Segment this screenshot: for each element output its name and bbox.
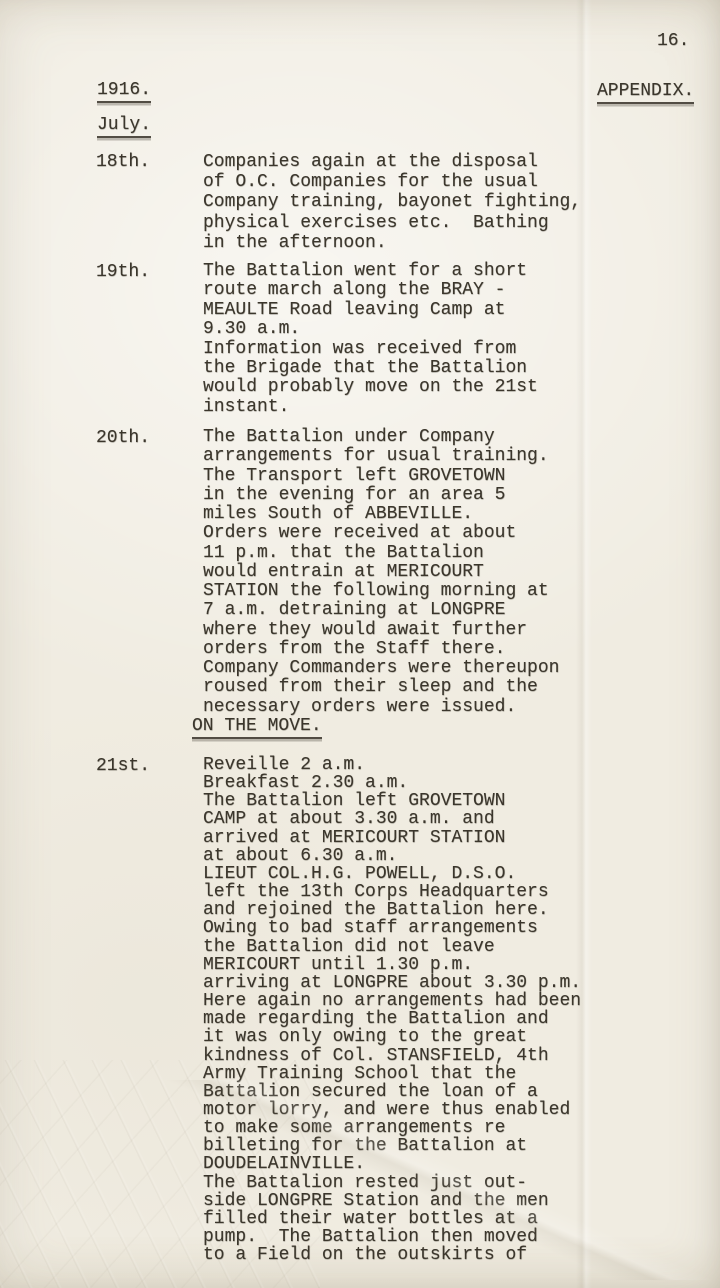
text-line: 11 p.m. that the Battalion — [203, 544, 559, 563]
entry-date: 21st. — [96, 756, 150, 776]
text-line: Company Commanders were thereupon — [203, 659, 559, 678]
text-line: it was only owing to the great — [203, 1028, 581, 1046]
year-label-wrap: 1916. — [97, 80, 151, 103]
text-line: DOUDELAINVILLE. — [203, 1155, 581, 1173]
text-line: STATION the following morning at — [203, 582, 559, 601]
text-line: to a Field on the outskirts of — [203, 1246, 581, 1264]
text-line: motor lorry, and were thus enabled — [203, 1101, 581, 1119]
text-line: necessary orders were issued. — [203, 698, 559, 717]
text-line: MEAULTE Road leaving Camp at — [203, 301, 538, 320]
text-line: instant. — [203, 398, 538, 417]
text-line: the Battalion did not leave — [203, 938, 581, 956]
text-line: MERICOURT until 1.30 p.m. — [203, 956, 581, 974]
text-line: kindness of Col. STANSFIELD, 4th — [203, 1047, 581, 1065]
entry-text: The Battalion under Companyarrangements … — [203, 428, 559, 717]
text-line: and rejoined the Battalion here. — [203, 901, 581, 919]
month-label: July. — [97, 115, 151, 138]
entry-text: Companies again at the disposalof O.C. C… — [203, 152, 581, 253]
text-line: LIEUT COL.H.G. POWELL, D.S.O. — [203, 865, 581, 883]
entry-text: Reveille 2 a.m.Breakfast 2.30 a.m.The Ba… — [203, 756, 581, 1264]
entry-date: 18th. — [96, 152, 150, 172]
text-line: at about 6.30 a.m. — [203, 847, 581, 865]
text-line: route march along the BRAY - — [203, 281, 538, 300]
text-line: Army Training School that the — [203, 1065, 581, 1083]
year-label: 1916. — [97, 80, 151, 103]
text-line: arrangements for usual training. — [203, 447, 559, 466]
text-line: CAMP at about 3.30 a.m. and — [203, 810, 581, 828]
text-line: pump. The Battalion then moved — [203, 1228, 581, 1246]
text-line: filled their water bottles at a — [203, 1210, 581, 1228]
text-line: orders from the Staff there. — [203, 640, 559, 659]
text-line: The Transport left GROVETOWN — [203, 467, 559, 486]
text-line: The Battalion left GROVETOWN — [203, 792, 581, 810]
appendix-heading: APPENDIX. — [597, 81, 694, 104]
text-line: 9.30 a.m. — [203, 320, 538, 339]
text-line: Here again no arrangements had been — [203, 992, 581, 1010]
text-line: Information was received from — [203, 340, 538, 359]
text-line: Owing to bad staff arrangements — [203, 919, 581, 937]
text-line: Orders were received at about — [203, 524, 559, 543]
text-line: in the afternoon. — [203, 233, 581, 253]
text-line: The Battalion rested just out- — [203, 1174, 581, 1192]
entry-date: 19th. — [96, 262, 150, 282]
text-line: in the evening for an area 5 — [203, 486, 559, 505]
text-line: made regarding the Battalion and — [203, 1010, 581, 1028]
war-diary-page: 16. APPENDIX. 1916. July. 18th. Companie… — [0, 0, 720, 1288]
text-line: of O.C. Companies for the usual — [203, 172, 581, 192]
text-line: Companies again at the disposal — [203, 152, 581, 172]
text-line: would entrain at MERICOURT — [203, 563, 559, 582]
section-heading: ON THE MOVE. — [192, 716, 322, 739]
section-heading-wrap: ON THE MOVE. — [192, 716, 322, 739]
text-line: left the 13th Corps Headquarters — [203, 883, 581, 901]
text-line: billeting for the Battalion at — [203, 1137, 581, 1155]
text-line: arriving at LONGPRE about 3.30 p.m. — [203, 974, 581, 992]
page-number: 16. — [657, 31, 689, 51]
text-line: Reveille 2 a.m. — [203, 756, 581, 774]
entry-date: 20th. — [96, 428, 150, 448]
text-line: Company training, bayonet fighting, — [203, 192, 581, 212]
text-line: Battalion secured the loan of a — [203, 1083, 581, 1101]
text-line: the Brigade that the Battalion — [203, 359, 538, 378]
text-line: would probably move on the 21st — [203, 378, 538, 397]
text-line: The Battalion went for a short — [203, 262, 538, 281]
text-line: side LONGPRE Station and the men — [203, 1192, 581, 1210]
entry-text: The Battalion went for a shortroute marc… — [203, 262, 538, 417]
text-line: The Battalion under Company — [203, 428, 559, 447]
text-line: 7 a.m. detraining at LONGPRE — [203, 601, 559, 620]
text-line: where they would await further — [203, 621, 559, 640]
text-line: physical exercises etc. Bathing — [203, 213, 581, 233]
text-line: roused from their sleep and the — [203, 678, 559, 697]
month-label-wrap: July. — [97, 115, 151, 138]
text-line: arrived at MERICOURT STATION — [203, 829, 581, 847]
text-line: to make some arrangements re — [203, 1119, 581, 1137]
text-line: Breakfast 2.30 a.m. — [203, 774, 581, 792]
appendix-heading-wrap: APPENDIX. — [597, 81, 694, 104]
text-line: miles South of ABBEVILLE. — [203, 505, 559, 524]
